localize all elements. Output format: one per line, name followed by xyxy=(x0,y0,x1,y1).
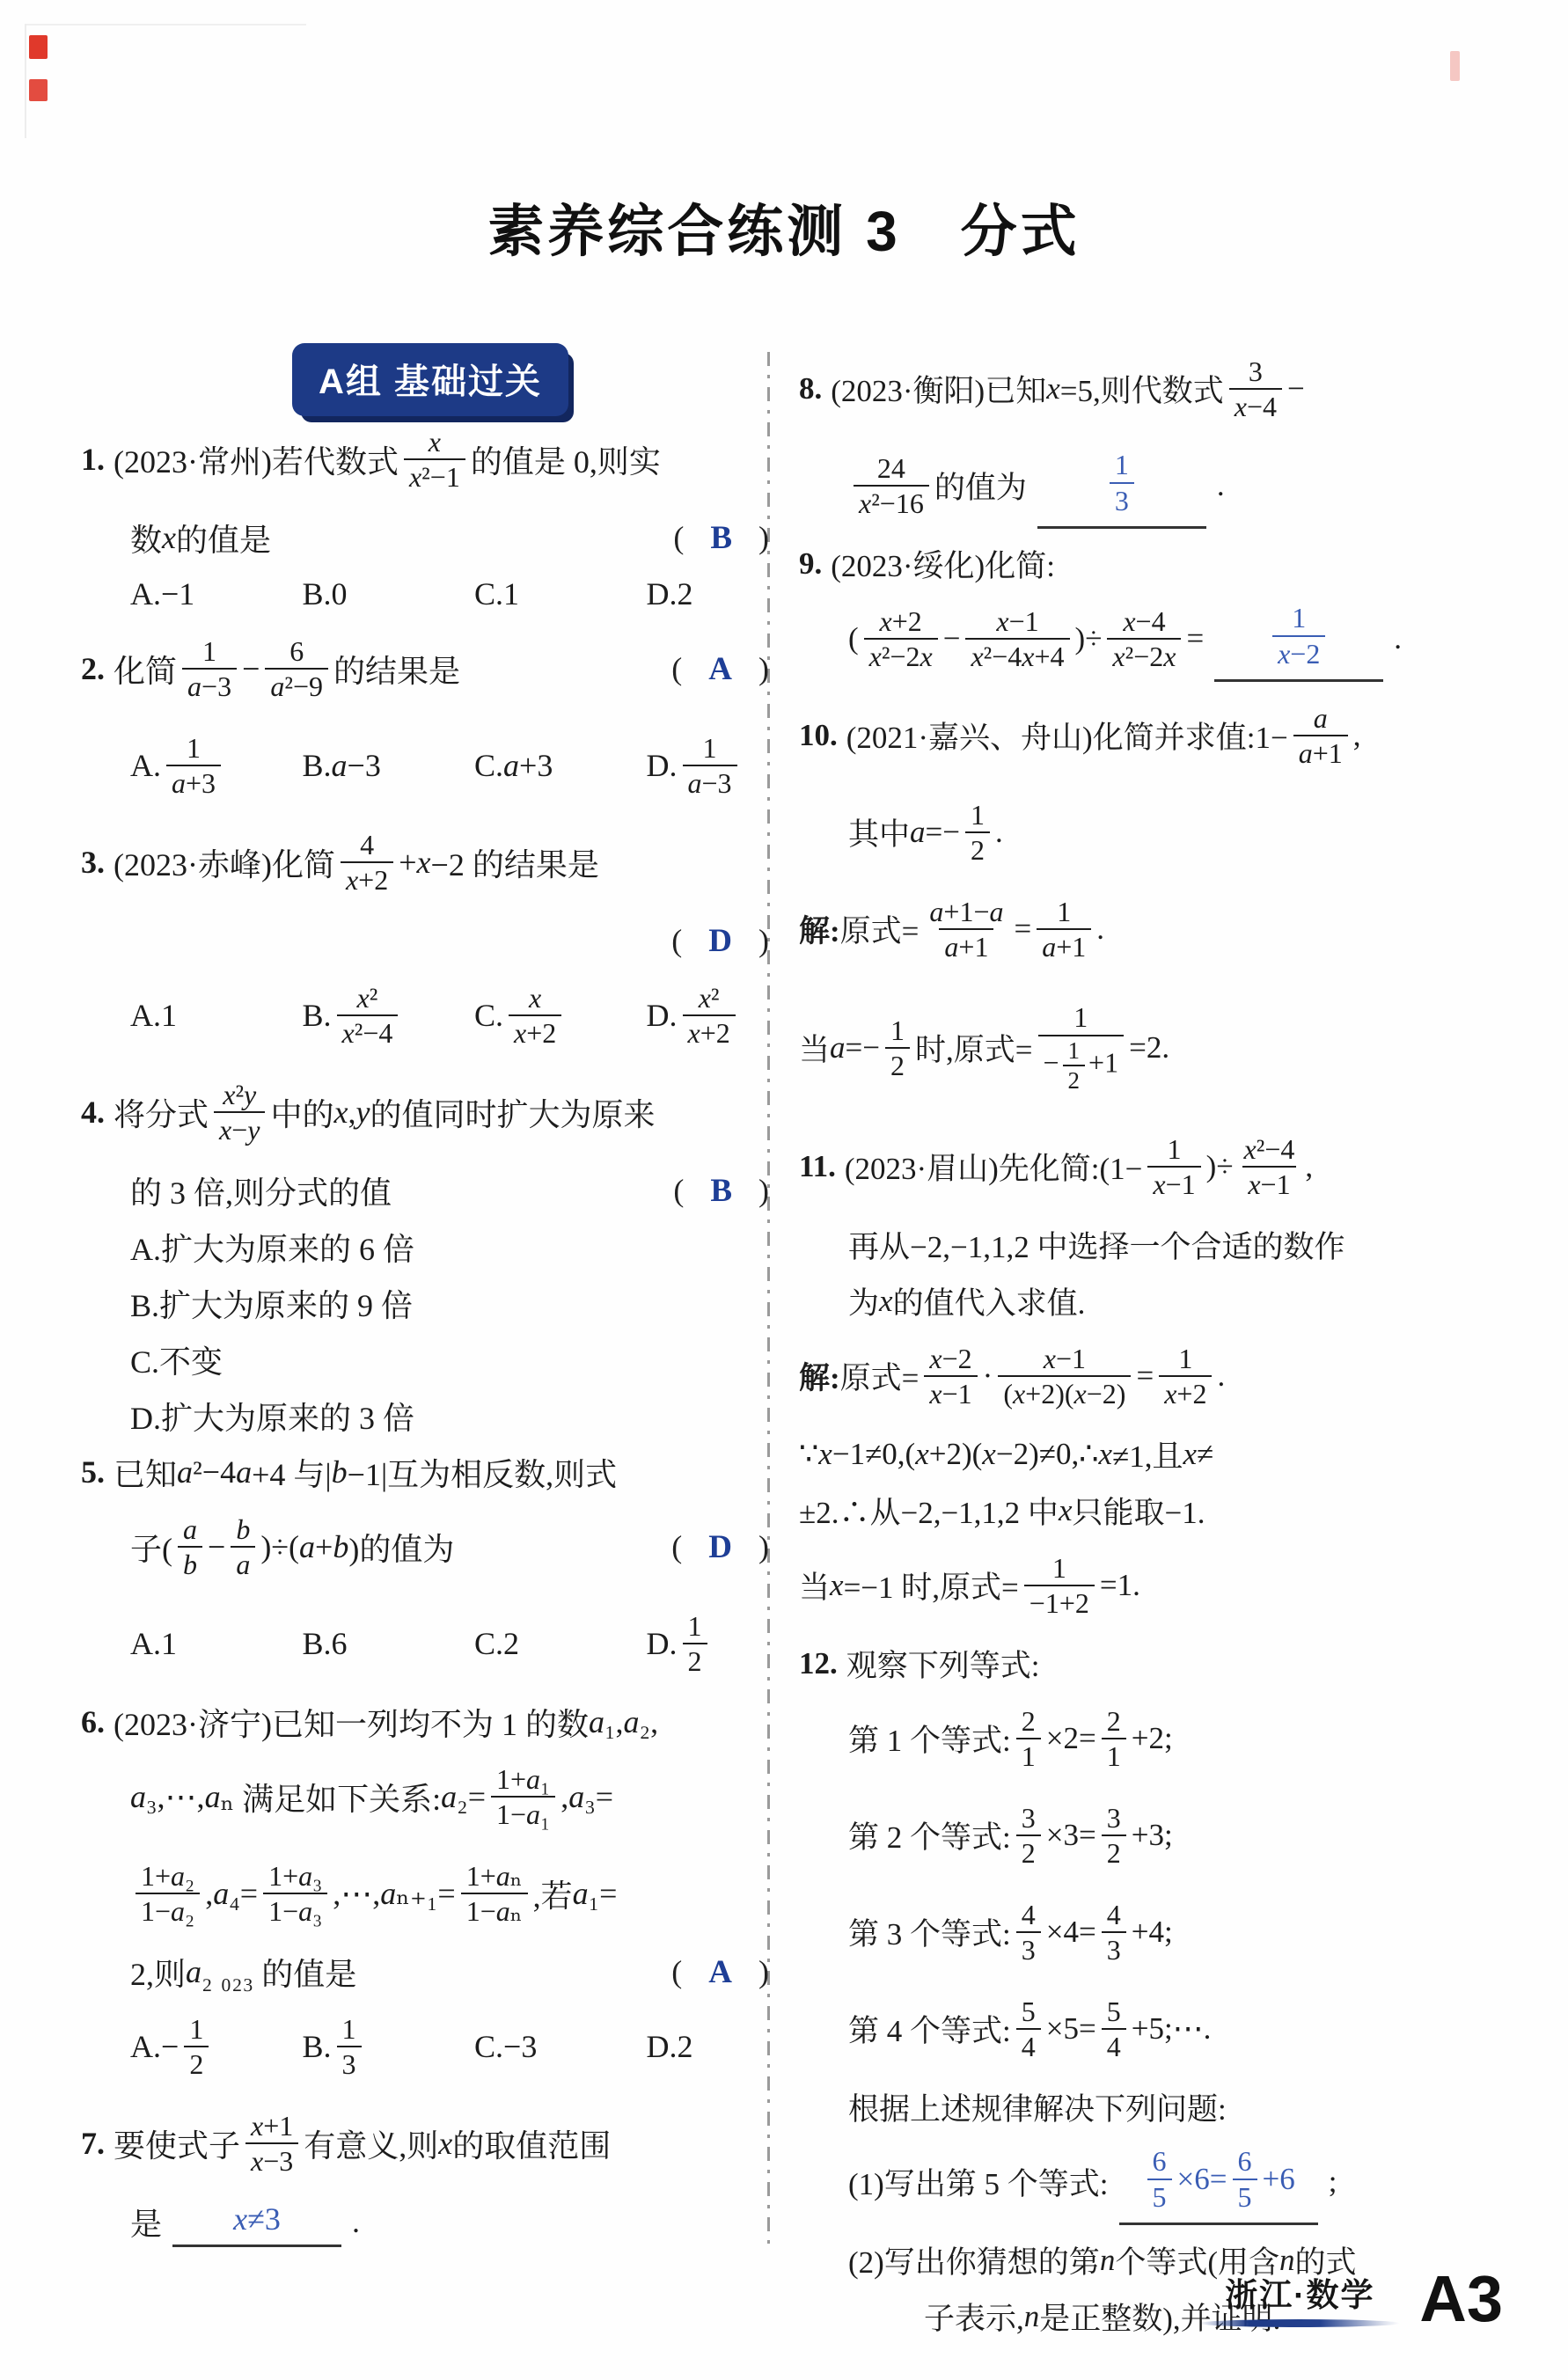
problem-line: 再从−2,−1,1,2 中选择一个合适的数作 xyxy=(799,1219,1505,1271)
problem-7: 7. 要使式子x+1x−3有意义,则 x 的取值范围 是 x≠3 . xyxy=(81,2099,769,2247)
fraction: 21 xyxy=(1016,1704,1041,1774)
problem-text: 将分式x²yx−y中的 x,y 的值同时扩大为原来 xyxy=(114,1076,655,1149)
problem-text: (2023·衡阳)已知 x=5,则代数式3x−4− xyxy=(831,353,1305,426)
problem-11: 11. (2023·眉山)先化简:(1−1x−1)÷x²−4x−1, 再从−2,… xyxy=(799,1123,1505,1629)
answer-letter: D xyxy=(708,922,732,960)
solution-text: 当 a=−12时,原式=1−12+1=2. xyxy=(799,999,1169,1096)
option: B.6 xyxy=(303,1625,475,1662)
section-badge: A组 基础过关 xyxy=(292,343,568,416)
fraction: ab xyxy=(178,1512,202,1582)
problem-text: . xyxy=(1394,621,1402,656)
option: D.2 xyxy=(647,575,819,612)
answer-letter: B xyxy=(710,1172,732,1210)
solution-label: 解: xyxy=(799,1354,840,1398)
fraction: 12 xyxy=(885,1014,910,1083)
fraction: x+1x−3 xyxy=(245,2109,298,2179)
fraction: 12 xyxy=(1063,1036,1086,1095)
paren-close: ) xyxy=(758,1528,769,1565)
options-row: A.1 B.x²x²−4 C.xx+2 D.x²x+2 xyxy=(81,971,818,1059)
equation-line: 第 4 个等式:54×5=54+5;⋯. xyxy=(799,1985,1505,2073)
solution-line: 当 x=−1 时,原式=1−1+2=1. xyxy=(799,1542,1505,1629)
problem-number: 2. xyxy=(81,650,105,687)
fraction: 1+a₃1−a₃ xyxy=(263,1859,327,1929)
equation-line: 第 3 个等式:43×4=43+4; xyxy=(799,1888,1505,1976)
problem-text: (2023·济宁)已知一列均不为 1 的数 a₁,a₂, xyxy=(114,1700,658,1745)
problem-line: 7. 要使式子x+1x−3有意义,则 x 的取值范围 xyxy=(81,2099,769,2187)
problem-line: 3. (2023·赤峰)化简4x+2+x−2 的结果是 xyxy=(81,818,769,906)
solution-line: 解: 原式=a+1−aa+1=1a+1. xyxy=(799,885,1505,973)
problem-line: 为 x 的值代入求值. xyxy=(799,1276,1505,1327)
equation: 第 2 个等式:32×3=32+3; xyxy=(848,1799,1173,1872)
fraction: 65 xyxy=(1147,2144,1172,2214)
fraction: ba xyxy=(231,1512,255,1582)
problem-line: 其中 a=−12. xyxy=(799,788,1505,876)
filled-answer: 1x−2 xyxy=(1214,596,1383,682)
problem-text: (x+2x²−2x−x−1x²−4x+4)÷x−4x²−2x= xyxy=(848,603,1204,676)
solution-text: ±2.∴从−2,−1,1,2 中 x 只能取−1. xyxy=(799,1489,1205,1533)
answer-letter: D xyxy=(708,1528,732,1566)
page-edge-line xyxy=(25,24,306,26)
fraction: 1a−3 xyxy=(683,731,737,801)
fraction: 1a+1 xyxy=(1037,895,1091,964)
fraction: 1x−2 xyxy=(1272,601,1325,670)
option: D.2 xyxy=(647,2028,819,2065)
problem-line: 2,则 a₂ ₀₂₃ 的值是 ( A ) xyxy=(81,1946,769,1997)
option: D.扩大为原来的 3 倍 xyxy=(130,1394,414,1439)
problem-text: ; xyxy=(1329,2164,1337,2200)
problem-number: 1. xyxy=(81,441,105,478)
problem-number: 10. xyxy=(799,718,838,753)
problem-text: 再从−2,−1,1,2 中选择一个合适的数作 xyxy=(848,1223,1345,1267)
option: B.13 xyxy=(303,2010,475,2083)
fraction: x+2x²−2x xyxy=(864,604,938,674)
fraction: 13 xyxy=(1110,448,1134,517)
problem-text: 观察下列等式: xyxy=(846,1642,1040,1686)
equation-line: 第 2 个等式:32×3=32+3; xyxy=(799,1791,1505,1879)
fraction: 54 xyxy=(1016,1995,1041,2064)
problem-9: 9. (2023·绥化)化简: (x+2x²−2x−x−1x²−4x+4)÷x−… xyxy=(799,538,1505,683)
fraction: 1−1+2 xyxy=(1024,1551,1095,1621)
problem-text: a₃,⋯,aₙ 满足如下关系:a₂=1+a₁1−a₁,a₃= xyxy=(130,1761,613,1834)
problem-text: (2023·常州)若代数式xx²−1的值是 0,则实 xyxy=(114,423,661,496)
footer-page-number: A3 xyxy=(1419,2272,1503,2327)
problem-line: 24x²−16的值为 13 . xyxy=(799,442,1505,530)
problem-text: 2,则 a₂ ₀₂₃ 的值是 xyxy=(130,1950,356,1995)
fraction: x²x²−4 xyxy=(337,981,399,1051)
fraction: 1−12+1 xyxy=(1038,1000,1125,1095)
scan-mark xyxy=(29,35,48,59)
problem-text: . xyxy=(1217,468,1225,503)
problem-text: (2023·绥化)化简: xyxy=(831,542,1055,586)
problem-text: 子(ab−ba)÷(a+b)的值为 xyxy=(130,1511,454,1584)
problem-text: . xyxy=(352,2203,360,2240)
option: C.xx+2 xyxy=(474,979,647,1052)
problem-text: 为 x 的值代入求值. xyxy=(848,1279,1085,1323)
scan-mark xyxy=(29,79,48,101)
fraction: 1x−1 xyxy=(1147,1132,1200,1202)
fraction: x²−4x−1 xyxy=(1239,1132,1301,1202)
option: B.a−3 xyxy=(303,747,475,784)
problem-number: 9. xyxy=(799,546,822,582)
problem-line: 6. (2023·济宁)已知一列均不为 1 的数 a₁,a₂, xyxy=(81,1696,769,1747)
solution-label: 解: xyxy=(799,907,840,951)
problem-12: 12. 观察下列等式: 第 1 个等式:21×2=21+2; 第 2 个等式:3… xyxy=(799,1638,1505,2342)
fraction: 1+a₁1−a₁ xyxy=(491,1762,555,1832)
right-column: 8. (2023·衡阳)已知 x=5,则代数式3x−4− 24x²−16的值为 … xyxy=(799,345,1505,2347)
paren-open: ( xyxy=(671,650,682,687)
filled-answer: 13 xyxy=(1037,443,1206,529)
filled-answer: 65×6=65+6 xyxy=(1119,2139,1318,2225)
problem-line: 根据上述规律解决下列问题: xyxy=(799,2082,1505,2133)
problem-number: 5. xyxy=(81,1454,105,1490)
solution-text: 原式=x−2x−1·x−1(x+2)(x−2)=1x+2. xyxy=(840,1340,1226,1413)
problem-6: 6. (2023·济宁)已知一列均不为 1 的数 a₁,a₂, a₃,⋯,aₙ … xyxy=(81,1696,769,2091)
problem-10: 10. (2021·嘉兴、舟山)化简并求值:1−aa+1, 其中 a=−12. … xyxy=(799,692,1505,1114)
equation: 第 4 个等式:54×5=54+5;⋯. xyxy=(848,1993,1211,2066)
problem-line: 10. (2021·嘉兴、舟山)化简并求值:1−aa+1, xyxy=(799,692,1505,780)
left-column: 1. (2023·常州)若代数式xx²−1的值是 0,则实 数 x 的值是 ( … xyxy=(81,415,769,2252)
problem-text: 1+a₂1−a₂,a₄=1+a₃1−a₃,⋯,aₙ₊₁=1+aₙ1−aₙ,若 a… xyxy=(130,1857,617,1930)
page-footer: 浙江·数学 A3 xyxy=(1199,2268,1503,2327)
problem-text: (2021·嘉兴、舟山)化简并求值:1−aa+1, xyxy=(846,699,1361,773)
equation: 第 1 个等式:21×2=21+2; xyxy=(848,1703,1173,1776)
paren-open: ( xyxy=(671,1528,682,1565)
answer-letter: A xyxy=(708,650,732,688)
options-row: A.1 B.6 C.2 D.12 xyxy=(81,1600,818,1688)
fraction: 1a+3 xyxy=(166,731,221,801)
option: C.1 xyxy=(474,575,647,612)
options-row: A.−12 B.13 C.−3 D.2 xyxy=(81,2003,818,2091)
solution-text: ∵x−1≠0,(x+2)(x−2)≠0,∴x≠1,且 x≠ xyxy=(799,1432,1213,1476)
fraction: 1a−3 xyxy=(182,634,237,704)
answer-parens: ( A ) xyxy=(671,650,769,688)
problem-line: 8. (2023·衡阳)已知 x=5,则代数式3x−4− xyxy=(799,345,1505,433)
option-line: C.不变 xyxy=(81,1334,769,1385)
option: B.x²x²−4 xyxy=(303,979,475,1052)
filled-answer: x≠3 xyxy=(172,2197,341,2247)
problem-text: 其中 a=−12. xyxy=(848,796,1003,869)
fraction: 43 xyxy=(1102,1898,1126,1967)
options-row: A.1a+3 B.a−3 C.a+3 D.1a−3 xyxy=(81,721,818,809)
option: B.0 xyxy=(303,575,475,612)
problem-number: 11. xyxy=(799,1149,836,1184)
equation-line: 第 1 个等式:21×2=21+2; xyxy=(799,1695,1505,1783)
solution-line: ±2.∴从−2,−1,1,2 中 x 只能取−1. xyxy=(799,1485,1505,1536)
answer-parens: ( A ) xyxy=(671,1953,769,1991)
problem-line: 9. (2023·绥化)化简: xyxy=(799,538,1505,590)
problem-8: 8. (2023·衡阳)已知 x=5,则代数式3x−4− 24x²−16的值为 … xyxy=(799,345,1505,530)
fraction: xx²−1 xyxy=(404,425,465,494)
paren-open: ( xyxy=(671,922,682,959)
fraction: 3x−4 xyxy=(1229,355,1282,424)
fraction: 32 xyxy=(1016,1801,1041,1871)
workbook-page: 素养综合练测 3 分式 A组 基础过关 1. (2023·常州)若代数式xx²−… xyxy=(0,0,1568,2380)
option: C.a+3 xyxy=(474,747,647,784)
problem-text: (1)写出第 5 个等式: xyxy=(848,2160,1109,2204)
problem-text: 根据上述规律解决下列问题: xyxy=(848,2085,1227,2129)
problem-text: 化简1a−3−6a²−9的结果是 xyxy=(114,633,460,706)
option: C.不变 xyxy=(130,1337,223,1382)
paren-close: ) xyxy=(758,1172,769,1209)
fraction: 1x+2 xyxy=(1159,1342,1212,1411)
footer-brand: 浙江·数学 xyxy=(1199,2268,1400,2327)
fraction: x−1(x+2)(x−2) xyxy=(998,1342,1131,1411)
problem-number: 3. xyxy=(81,844,105,881)
fraction: 6a²−9 xyxy=(265,634,328,704)
option: A.1 xyxy=(130,1625,303,1662)
paren-close: ) xyxy=(758,1953,769,1990)
fraction: 43 xyxy=(1016,1898,1041,1967)
option: D.1a−3 xyxy=(647,729,819,802)
page-edge-line xyxy=(25,24,26,138)
fraction: 21 xyxy=(1102,1704,1126,1774)
solution-line: 当 a=−12时,原式=1−12+1=2. xyxy=(799,982,1505,1114)
problem-line: 5. 已知 a²−4a+4 与|b−1|互为相反数,则式 xyxy=(81,1446,769,1498)
problem-line: 的 3 倍,则分式的值 ( B ) xyxy=(81,1165,769,1216)
problem-text: 的 3 倍,则分式的值 xyxy=(130,1168,392,1213)
fraction: 32 xyxy=(1102,1801,1126,1871)
problem-text: (2023·眉山)先化简:(1−1x−1)÷x²−4x−1, xyxy=(845,1131,1313,1204)
problem-line: 4. 将分式x²yx−y中的 x,y 的值同时扩大为原来 xyxy=(81,1068,769,1156)
fraction: 1+aₙ1−aₙ xyxy=(461,1859,528,1929)
problem-line: ( D ) xyxy=(81,915,769,966)
fraction: 54 xyxy=(1102,1995,1126,2064)
fraction: 13 xyxy=(337,2012,362,2082)
page-title: 素养综合练测 3 分式 xyxy=(0,187,1568,267)
answer-parens: ( D ) xyxy=(671,1528,769,1566)
option: C.−3 xyxy=(474,2028,647,2065)
problem-text: 要使式子x+1x−3有意义,则 x 的取值范围 xyxy=(114,2107,611,2180)
problem-line: 11. (2023·眉山)先化简:(1−1x−1)÷x²−4x−1, xyxy=(799,1123,1505,1211)
option: A.−12 xyxy=(130,2010,303,2083)
problem-line: 12. 观察下列等式: xyxy=(799,1638,1505,1689)
solution-text: 原式=a+1−aa+1=1a+1. xyxy=(840,893,1104,966)
option: B.扩大为原来的 9 倍 xyxy=(130,1281,413,1326)
problem-number: 8. xyxy=(799,371,822,406)
answer-parens: ( B ) xyxy=(673,1172,769,1210)
fraction: x²yx−y xyxy=(214,1078,265,1147)
fraction: a+1−aa+1 xyxy=(924,895,1008,964)
problem-line: 数 x 的值是 ( B ) xyxy=(81,512,769,563)
paren-close: ) xyxy=(758,519,769,556)
problem-line: 1. (2023·常州)若代数式xx²−1的值是 0,则实 xyxy=(81,415,769,503)
option: D.12 xyxy=(647,1607,819,1681)
paren-close: ) xyxy=(758,922,769,959)
problem-number: 12. xyxy=(799,1646,838,1681)
scan-mark xyxy=(1450,51,1460,81)
answer-parens: ( D ) xyxy=(671,922,769,960)
fraction: 4x+2 xyxy=(341,828,393,897)
footer-swoosh xyxy=(1199,2319,1400,2327)
problem-4: 4. 将分式x²yx−y中的 x,y 的值同时扩大为原来 的 3 倍,则分式的值… xyxy=(81,1068,769,1441)
problem-line: 2. 化简1a−3−6a²−9的结果是 ( A ) xyxy=(81,625,769,713)
problem-text: 已知 a²−4a+4 与|b−1|互为相反数,则式 xyxy=(114,1450,617,1495)
problem-text: 24x²−16的值为 xyxy=(848,450,1027,523)
paren-open: ( xyxy=(671,1953,682,1990)
option-line: A.扩大为原来的 6 倍 xyxy=(81,1221,769,1272)
fraction: xx+2 xyxy=(509,981,561,1051)
fraction: x−1x²−4x+4 xyxy=(965,604,1069,674)
problem-line: 1+a₂1−a₂,a₄=1+a₃1−a₃,⋯,aₙ₊₁=1+aₙ1−aₙ,若 a… xyxy=(81,1849,769,1937)
problem-text: 数 x 的值是 xyxy=(130,516,271,560)
answer-letter: B xyxy=(710,519,732,557)
fraction: 65 xyxy=(1233,2144,1257,2214)
problem-3: 3. (2023·赤峰)化简4x+2+x−2 的结果是 ( D ) A.1 B.… xyxy=(81,818,769,1059)
option: C.2 xyxy=(474,1625,647,1662)
solution-line: ∵x−1≠0,(x+2)(x−2)≠0,∴x≠1,且 x≠ xyxy=(799,1429,1505,1480)
fraction: 24x²−16 xyxy=(854,451,929,521)
problem-1: 1. (2023·常州)若代数式xx²−1的值是 0,则实 数 x 的值是 ( … xyxy=(81,415,769,619)
problem-line: 子(ab−ba)÷(a+b)的值为 ( D ) xyxy=(81,1503,769,1591)
fraction: 12 xyxy=(683,1609,707,1679)
fraction: aa+1 xyxy=(1293,701,1348,771)
answer-parens: ( B ) xyxy=(673,519,769,557)
option: A.−1 xyxy=(130,575,303,612)
problem-number: 7. xyxy=(81,2125,105,2162)
fraction: x²x+2 xyxy=(683,981,736,1051)
option: A.扩大为原来的 6 倍 xyxy=(130,1225,414,1270)
problem-line: (x+2x²−2x−x−1x²−4x+4)÷x−4x²−2x= 1x−2 . xyxy=(799,595,1505,683)
problem-number: 4. xyxy=(81,1094,105,1131)
fraction: x−4x²−2x xyxy=(1107,604,1181,674)
fraction: 1+a₂1−a₂ xyxy=(136,1859,200,1929)
problem-2: 2. 化简1a−3−6a²−9的结果是 ( A ) A.1a+3 B.a−3 C… xyxy=(81,625,769,809)
option: A.1 xyxy=(130,997,303,1034)
paren-open: ( xyxy=(673,1172,684,1209)
fraction: x−2x−1 xyxy=(924,1342,977,1411)
answer-letter: A xyxy=(708,1953,732,1991)
option-line: D.扩大为原来的 3 倍 xyxy=(81,1390,769,1441)
equation: 第 3 个等式:43×4=43+4; xyxy=(848,1896,1173,1969)
problem-number: 6. xyxy=(81,1703,105,1740)
option: A.1a+3 xyxy=(130,729,303,802)
problem-line: (1)写出第 5 个等式: 65×6=65+6 ; xyxy=(799,2138,1505,2226)
solution-line: 解: 原式=x−2x−1·x−1(x+2)(x−2)=1x+2. xyxy=(799,1332,1505,1420)
problem-text: (2023·赤峰)化简4x+2+x−2 的结果是 xyxy=(114,826,599,899)
option: D.x²x+2 xyxy=(647,979,819,1052)
problem-text: 是 xyxy=(130,2200,162,2245)
paren-open: ( xyxy=(673,519,684,556)
paren-close: ) xyxy=(758,650,769,687)
solution-text: 当 x=−1 时,原式=1−1+2=1. xyxy=(799,1549,1140,1622)
fraction: 12 xyxy=(184,2012,209,2082)
problem-line: a₃,⋯,aₙ 满足如下关系:a₂=1+a₁1−a₁,a₃= xyxy=(81,1753,769,1841)
option-line: B.扩大为原来的 9 倍 xyxy=(81,1278,769,1329)
fraction: 12 xyxy=(965,798,990,868)
options-row: A.−1 B.0 C.1 D.2 xyxy=(81,568,818,619)
problem-line: 是 x≠3 . xyxy=(81,2196,769,2247)
problem-5: 5. 已知 a²−4a+4 与|b−1|互为相反数,则式 子(ab−ba)÷(a… xyxy=(81,1446,769,1688)
footer-brand-text: 浙江·数学 xyxy=(1225,2268,1374,2316)
